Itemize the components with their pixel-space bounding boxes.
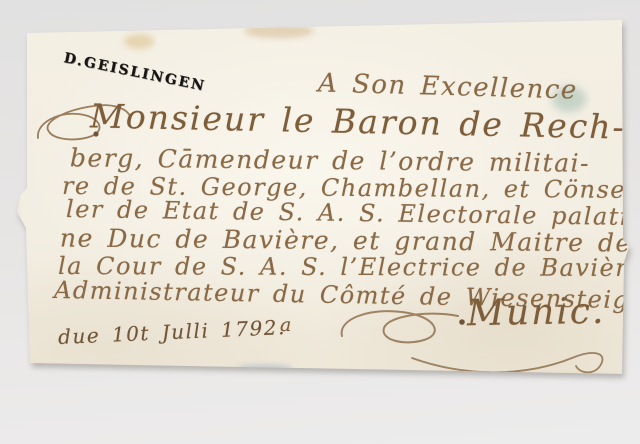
photo-background: D.GEISLINGEN A Son Excellence Monsieur l… xyxy=(0,0,640,444)
postmark-stamp: D.GEISLINGEN xyxy=(62,50,207,94)
separator-a: a xyxy=(280,314,293,336)
address-salutation: A Son Excellence xyxy=(318,68,579,105)
letter-paper-shadow: D.GEISLINGEN A Son Excellence Monsieur l… xyxy=(0,0,640,444)
paper-stain xyxy=(244,24,314,38)
ink-dot xyxy=(459,319,465,325)
date-line: due 10t Julli 1792. xyxy=(58,315,287,349)
paper-stain xyxy=(124,34,154,49)
letter-paper: D.GEISLINGEN A Son Excellence Monsieur l… xyxy=(12,14,636,382)
ink-stain xyxy=(237,364,292,371)
destination-city: Munic. xyxy=(467,291,606,334)
